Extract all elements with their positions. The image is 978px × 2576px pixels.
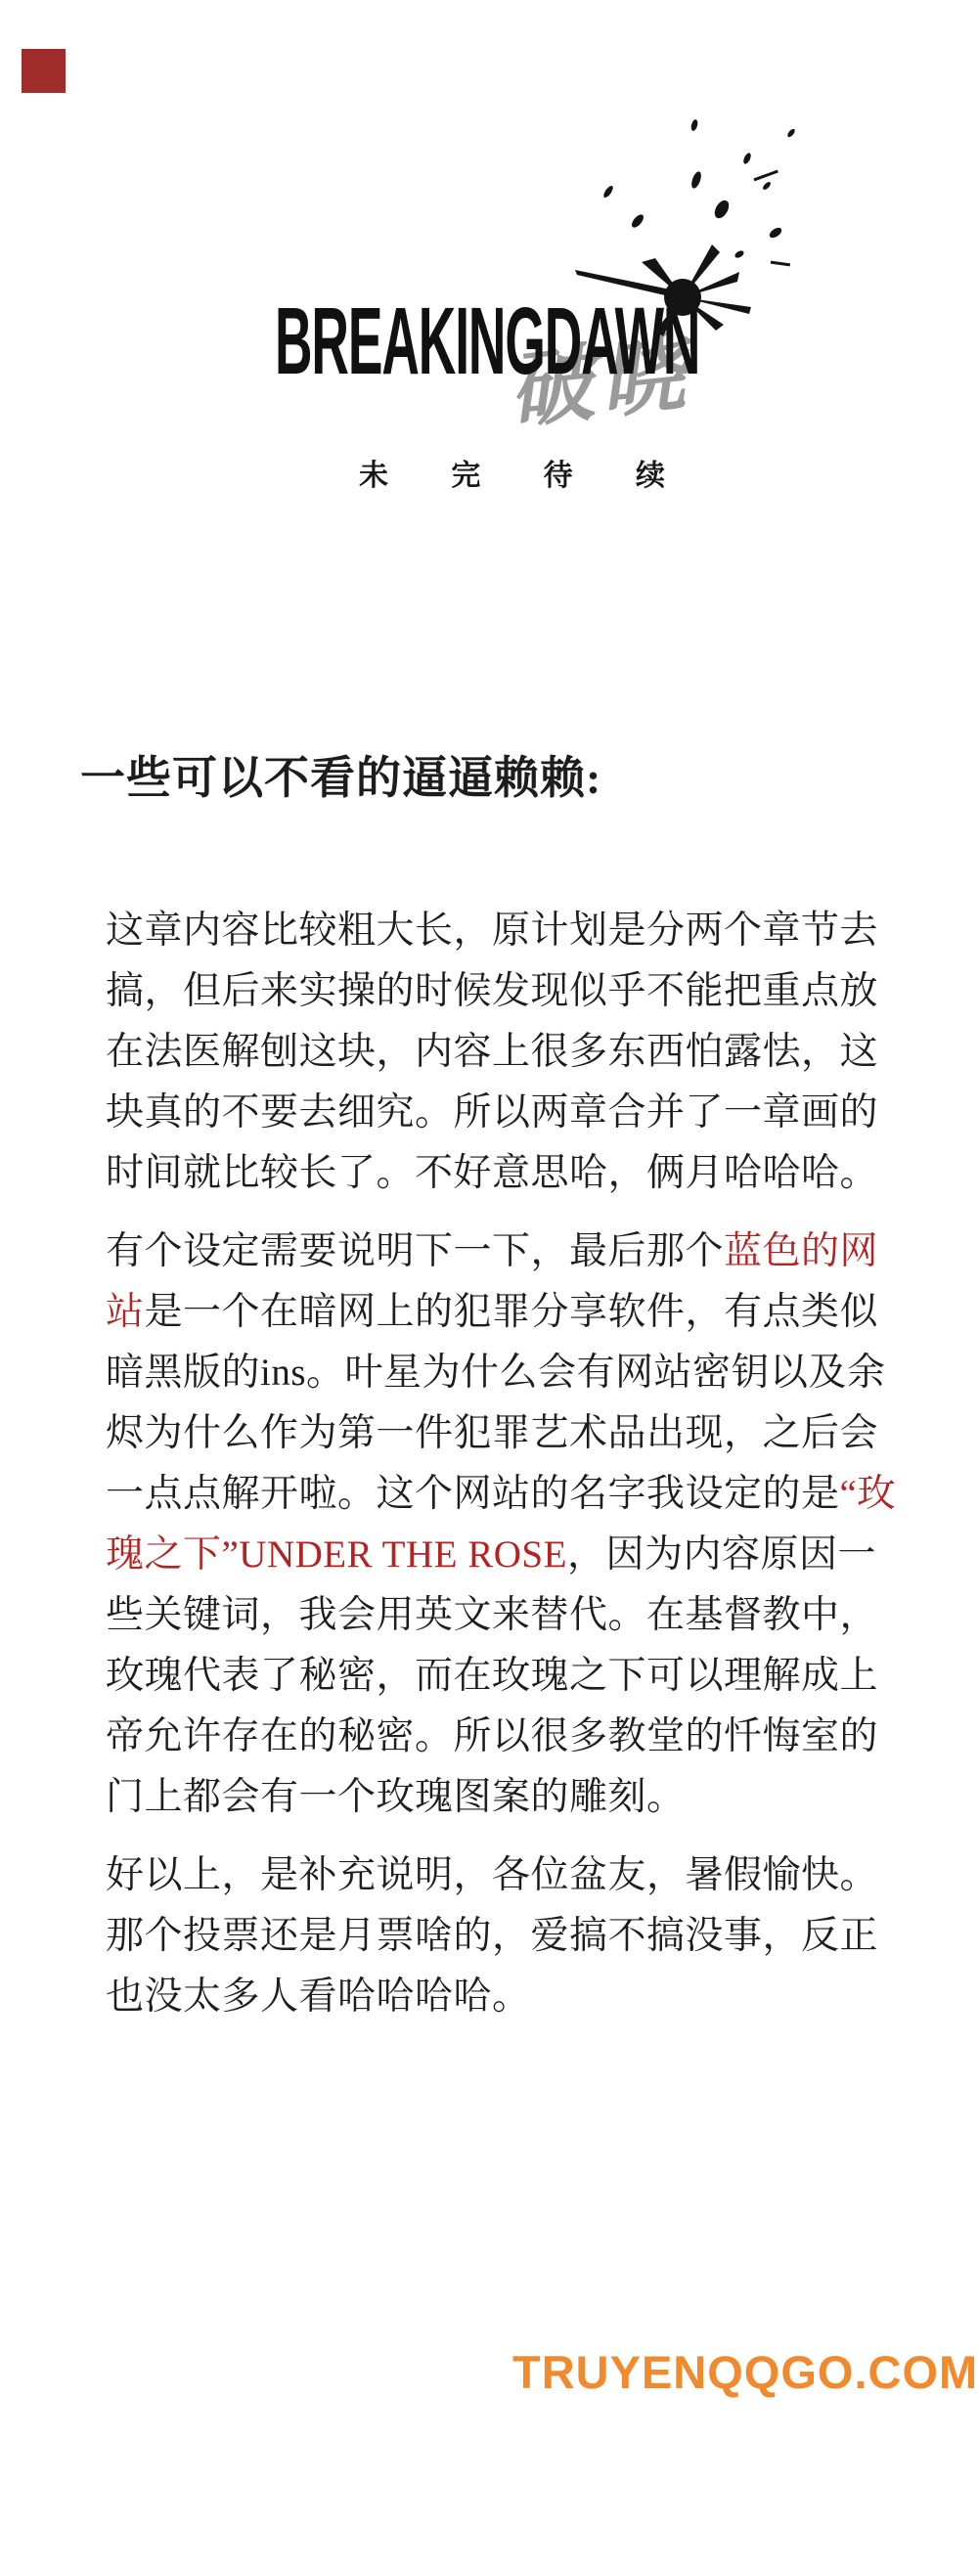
- text-segment: 在法医解刨这块，内容上很多东西怕露怯，这: [106, 1031, 878, 1073]
- text-segment: 些关键词，我会用英文来替代。在基督教中，: [106, 1594, 878, 1636]
- afterword-page: BREAKINGDAWN 破晓 未 完 待 续 一些可以不看的逼逼赖赖: 这章内…: [0, 0, 978, 2576]
- text-line: 暗黑版的ins。叶星为什么会有网站密钥以及余: [106, 1343, 888, 1403]
- text-line: 有个设定需要说明下一下，最后那个蓝色的网: [106, 1221, 888, 1282]
- text-line: 站是一个在暗网上的犯罪分享软件，有点类似: [106, 1282, 888, 1343]
- text-segment: 门上都会有一个玫瑰图案的雕刻。: [106, 1776, 686, 1818]
- paragraph-block: 这章内容比较粗大长，原计划是分两个章节去搞，但后来实操的时候发现似乎不能把重点放…: [106, 901, 888, 1204]
- text-segment: 暗黑版的ins。叶星为什么会有网站密钥以及余: [106, 1352, 886, 1394]
- text-segment: 蓝色的网: [724, 1230, 878, 1272]
- text-line: 帝允许存在的秘密。所以很多教堂的忏悔室的: [106, 1707, 888, 1767]
- text-segment: 搞，但后来实操的时候发现似乎不能把重点放: [106, 970, 878, 1012]
- text-segment: 块真的不要去细究。所以两章合并了一章画的: [106, 1091, 878, 1133]
- corner-red-square: [22, 49, 66, 93]
- text-line: 那个投票还是月票啥的，爱搞不搞没事，反正: [106, 1906, 888, 1967]
- text-line: 时间就比较长了。不好意思哈，俩月哈哈哈。: [106, 1143, 888, 1204]
- text-segment: “玫: [840, 1473, 896, 1515]
- text-line: 搞，但后来实操的时候发现似乎不能把重点放: [106, 961, 888, 1022]
- paragraph-block: 好以上，是补充说明，各位盆友，暑假愉快。那个投票还是月票啥的，爱搞不搞没事，反正…: [106, 1845, 888, 2027]
- text-segment: 瑰之下”UNDER THE ROSE: [106, 1533, 567, 1576]
- to-be-continued-label: 未 完 待 续: [359, 458, 692, 495]
- text-line: 玫瑰代表了秘密，而在玫瑰之下可以理解成上: [106, 1646, 888, 1707]
- text-segment: 这章内容比较粗大长，原计划是分两个章节去: [106, 910, 878, 952]
- text-segment: 站: [106, 1291, 145, 1333]
- text-line: 也没太多人看哈哈哈哈。: [106, 1967, 888, 2027]
- afterword-paragraphs: 这章内容比较粗大长，原计划是分两个章节去搞，但后来实操的时候发现似乎不能把重点放…: [106, 901, 888, 2045]
- text-segment: 有个设定需要说明下一下，最后那个: [106, 1230, 724, 1272]
- text-segment: 时间就比较长了。不好意思哈，俩月哈哈哈。: [106, 1152, 878, 1194]
- text-segment: 好以上，是补充说明，各位盆友，暑假愉快。: [106, 1854, 878, 1896]
- text-segment: 是一个在暗网上的犯罪分享软件，有点类似: [145, 1291, 879, 1333]
- text-segment: 那个投票还是月票啥的，爱搞不搞没事，反正: [106, 1915, 878, 1957]
- text-segment: 也没太多人看哈哈哈哈。: [106, 1976, 531, 2018]
- text-line: 块真的不要去细究。所以两章合并了一章画的: [106, 1083, 888, 1143]
- text-segment: ，因为内容原因一: [567, 1533, 876, 1576]
- text-line: 瑰之下”UNDER THE ROSE，因为内容原因一: [106, 1525, 888, 1585]
- afterword-heading: 一些可以不看的逼逼赖赖:: [80, 753, 601, 804]
- site-watermark: TRUYENQQGO.COM: [512, 2347, 978, 2398]
- text-segment: 玫瑰代表了秘密，而在玫瑰之下可以理解成上: [106, 1655, 878, 1697]
- paragraph-block: 有个设定需要说明下一下，最后那个蓝色的网站是一个在暗网上的犯罪分享软件，有点类似…: [106, 1221, 888, 1828]
- text-line: 这章内容比较粗大长，原计划是分两个章节去: [106, 901, 888, 961]
- text-line: 门上都会有一个玫瑰图案的雕刻。: [106, 1767, 888, 1828]
- ink-splatter-icon: [548, 115, 802, 345]
- text-segment: 一点点解开啦。这个网站的名字我设定的是: [106, 1473, 840, 1515]
- text-line: 好以上，是补充说明，各位盆友，暑假愉快。: [106, 1845, 888, 1906]
- text-line: 些关键词，我会用英文来替代。在基督教中，: [106, 1585, 888, 1646]
- text-segment: 烬为什么作为第一件犯罪艺术品出现，之后会: [106, 1412, 878, 1454]
- text-line: 烬为什么作为第一件犯罪艺术品出现，之后会: [106, 1403, 888, 1464]
- text-segment: 帝允许存在的秘密。所以很多教堂的忏悔室的: [106, 1715, 878, 1757]
- text-line: 在法医解刨这块，内容上很多东西怕露怯，这: [106, 1022, 888, 1083]
- text-line: 一点点解开啦。这个网站的名字我设定的是“玫: [106, 1464, 888, 1525]
